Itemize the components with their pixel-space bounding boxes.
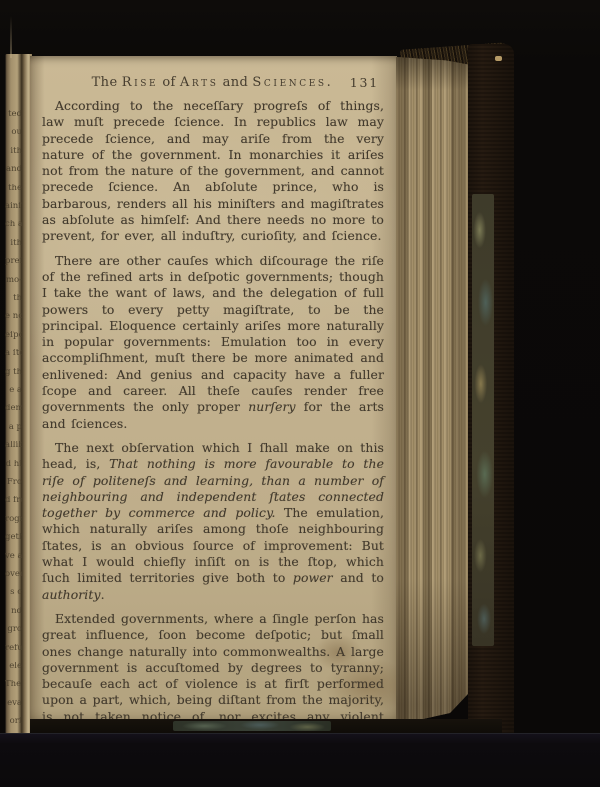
paragraph-3: The next obſervation which I ſhall make … bbox=[42, 440, 384, 603]
title-word: Rise bbox=[122, 75, 158, 90]
text-segment: and to bbox=[333, 570, 384, 585]
edge-text-fragment: dem bbox=[5, 404, 22, 413]
page-body: According to the neceſſary progreſs of t… bbox=[42, 98, 384, 726]
title-word: Sciences. bbox=[252, 75, 333, 90]
edge-text-fragment: allib bbox=[5, 441, 22, 450]
edge-text-fragment: ch a bbox=[5, 220, 22, 229]
text-segment-italic: authority bbox=[42, 587, 101, 602]
edge-text-fragment: d hi bbox=[5, 460, 22, 469]
book-page: The Rise of Arts and Sciences. 131 Accor… bbox=[30, 56, 397, 726]
edge-text-fragment: ted bbox=[5, 110, 22, 119]
edge-text-fragment: d fro bbox=[5, 496, 22, 505]
edge-text-fragment: mo- bbox=[5, 276, 22, 285]
title-word: The bbox=[92, 75, 118, 90]
text-segment: According to the neceſſary progreſs of t… bbox=[42, 98, 384, 243]
text-segment-italic: power bbox=[293, 570, 333, 585]
edge-text-fragment: ith bbox=[5, 239, 22, 248]
edge-text-fragment: geth bbox=[5, 533, 22, 542]
page-number: 131 bbox=[350, 75, 379, 90]
edge-text-fragment: g th bbox=[5, 368, 22, 377]
edge-text-fragment: over bbox=[5, 570, 22, 579]
text-segment-italic: nurſery bbox=[248, 399, 295, 414]
edge-text-fragment: s c bbox=[5, 588, 22, 597]
text-segment: . bbox=[101, 587, 105, 602]
edge-text-fragment: ith bbox=[5, 147, 22, 156]
edge-text-fragment: ou bbox=[5, 128, 22, 137]
edge-text-fragment: e a bbox=[5, 386, 22, 395]
edge-text-fragment: refu bbox=[5, 644, 22, 653]
marbled-endpaper bbox=[472, 194, 494, 646]
title-word: of bbox=[162, 75, 175, 90]
edge-text-fragment: preſ bbox=[5, 257, 22, 266]
book-photograph: tedouithandtheainſtch aithpreſmo-the noe… bbox=[0, 0, 600, 787]
edge-text-fragment: ve a bbox=[5, 552, 22, 561]
edge-text-fragment: th bbox=[5, 294, 22, 303]
page-title: The Rise of Arts and Sciences. bbox=[92, 75, 334, 90]
edge-text-fragment: orſ bbox=[5, 717, 22, 726]
title-word: Arts bbox=[180, 75, 219, 90]
bottom-board-edge bbox=[30, 719, 502, 733]
edge-text-fragment: eſpo bbox=[5, 331, 22, 340]
edge-text-fragment: a ſto bbox=[5, 349, 22, 358]
edge-text-fragment: rogr bbox=[5, 515, 22, 524]
running-head: The Rise of Arts and Sciences. 131 bbox=[42, 75, 383, 91]
facing-page-edge: tedouithandtheainſtch aithpreſmo-the noe… bbox=[5, 54, 32, 734]
paragraph-2: There are other cauſes which diſcourage … bbox=[42, 253, 384, 432]
edge-text-fragment: nd bbox=[5, 607, 22, 616]
edge-text-fragment: ele bbox=[5, 662, 22, 671]
paragraph-1: According to the neceſſary progreſs of t… bbox=[42, 98, 384, 245]
paragraph-4: Extended governments, where a ſingle per… bbox=[42, 611, 384, 726]
edge-text-fragment: The ſ bbox=[5, 680, 22, 689]
edge-text-fragment: gro bbox=[5, 625, 22, 634]
edge-text-fragment: e no bbox=[5, 312, 22, 321]
cover-corner-wear bbox=[495, 56, 502, 61]
edge-text-fragment: and bbox=[5, 165, 22, 174]
text-segment: There are other cauſes which diſcourage … bbox=[42, 253, 384, 415]
book-cover bbox=[468, 44, 514, 736]
title-word: and bbox=[223, 75, 249, 90]
edge-text-fragment: Fro bbox=[5, 478, 22, 487]
edge-text-fragment: the bbox=[5, 184, 22, 193]
text-segment: Extended governments, where a ſingle per… bbox=[42, 611, 384, 726]
edge-text-fragment: ainſt bbox=[5, 202, 22, 211]
bottom-marbled-edge bbox=[173, 721, 331, 731]
edge-text-fragment: a p bbox=[5, 423, 22, 432]
page-corner-sliver bbox=[10, 16, 12, 58]
table-surface bbox=[0, 733, 600, 787]
edge-text-fragment: eva bbox=[5, 699, 22, 708]
